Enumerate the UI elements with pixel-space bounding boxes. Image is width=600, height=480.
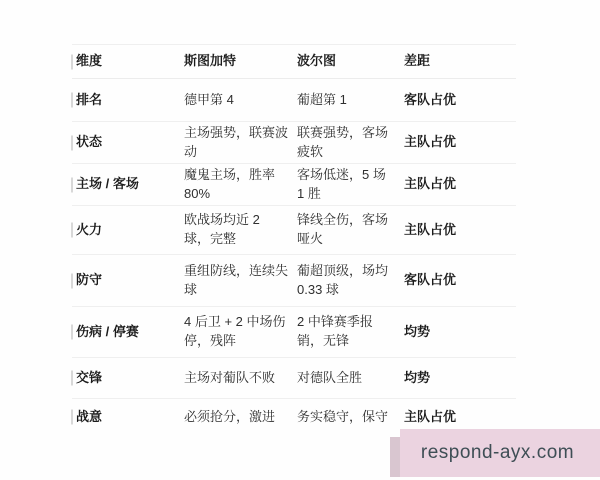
header-cell-porto: 波尔图 (297, 52, 404, 71)
table-row-home-away: 主场 / 客场 魔鬼主场，胜率 80% 客场低迷，5 场 1 胜 主队占优 (72, 164, 516, 206)
cell-dimension: 主场 / 客场 (72, 175, 184, 194)
cell-dimension: 伤病 / 停赛 (72, 323, 184, 342)
table-row-ranking: 排名 德甲第 4 葡超第 1 客队占优 (72, 79, 516, 122)
cell-gap: 主队占优 (404, 408, 516, 427)
table-row-injuries: 伤病 / 停赛 4 后卫 + 2 中场伤停，残阵 2 中锋赛季报销，无锋 均势 (72, 307, 516, 358)
cell-porto: 2 中锋赛季报销，无锋 (297, 313, 404, 351)
cell-gap: 客队占优 (404, 271, 516, 290)
cell-porto: 客场低迷，5 场 1 胜 (297, 166, 404, 204)
header-cell-dimension: 维度 (72, 52, 184, 71)
cell-porto: 葡超顶级，场均 0.33 球 (297, 262, 404, 300)
cell-dimension: 排名 (72, 91, 184, 110)
header-row: 维度 斯图加特 波尔图 差距 (72, 45, 516, 79)
cell-gap: 客队占优 (404, 91, 516, 110)
table-row-defense: 防守 重组防线，连续失球 葡超顶级，场均 0.33 球 客队占优 (72, 255, 516, 307)
cell-porto: 联赛强势，客场疲软 (297, 124, 404, 162)
table-row-head-to-head: 交锋 主场对葡队不败 对德队全胜 均势 (72, 358, 516, 399)
cell-stuttgart: 主场对葡队不败 (184, 369, 297, 388)
header-cell-stuttgart: 斯图加特 (184, 52, 297, 71)
page: 维度 斯图加特 波尔图 差距 排名 德甲第 4 葡超第 1 客队占优 状态 主场… (0, 0, 600, 480)
table-row-form: 状态 主场强势，联赛波动 联赛强势，客场疲软 主队占优 (72, 122, 516, 164)
cell-stuttgart: 欧战场均近 2 球，完整 (184, 211, 297, 249)
cell-stuttgart: 德甲第 4 (184, 91, 297, 110)
cell-dimension: 火力 (72, 221, 184, 240)
cell-porto: 对德队全胜 (297, 369, 404, 388)
cell-stuttgart: 魔鬼主场，胜率 80% (184, 166, 297, 204)
cell-gap: 均势 (404, 369, 516, 388)
cell-gap: 主队占优 (404, 175, 516, 194)
cell-gap: 均势 (404, 323, 516, 342)
header-cell-gap: 差距 (404, 52, 516, 71)
watermark-text: respond-ayx.com (395, 429, 600, 477)
cell-stuttgart: 必须抢分，激进 (184, 408, 297, 427)
cell-stuttgart: 4 后卫 + 2 中场伤停，残阵 (184, 313, 297, 351)
table-row-attack: 火力 欧战场均近 2 球，完整 锋线全伤，客场哑火 主队占优 (72, 206, 516, 255)
cell-porto: 葡超第 1 (297, 91, 404, 110)
cell-gap: 主队占优 (404, 221, 516, 240)
cell-gap: 主队占优 (404, 133, 516, 152)
cell-stuttgart: 重组防线，连续失球 (184, 262, 297, 300)
cell-porto: 锋线全伤，客场哑火 (297, 211, 404, 249)
match-comparison-table: 维度 斯图加特 波尔图 差距 排名 德甲第 4 葡超第 1 客队占优 状态 主场… (72, 44, 516, 435)
cell-dimension: 状态 (72, 133, 184, 152)
cell-stuttgart: 主场强势，联赛波动 (184, 124, 297, 162)
cell-dimension: 交锋 (72, 369, 184, 388)
cell-dimension: 战意 (72, 408, 184, 427)
cell-porto: 务实稳守，保守 (297, 408, 404, 427)
cell-dimension: 防守 (72, 271, 184, 290)
